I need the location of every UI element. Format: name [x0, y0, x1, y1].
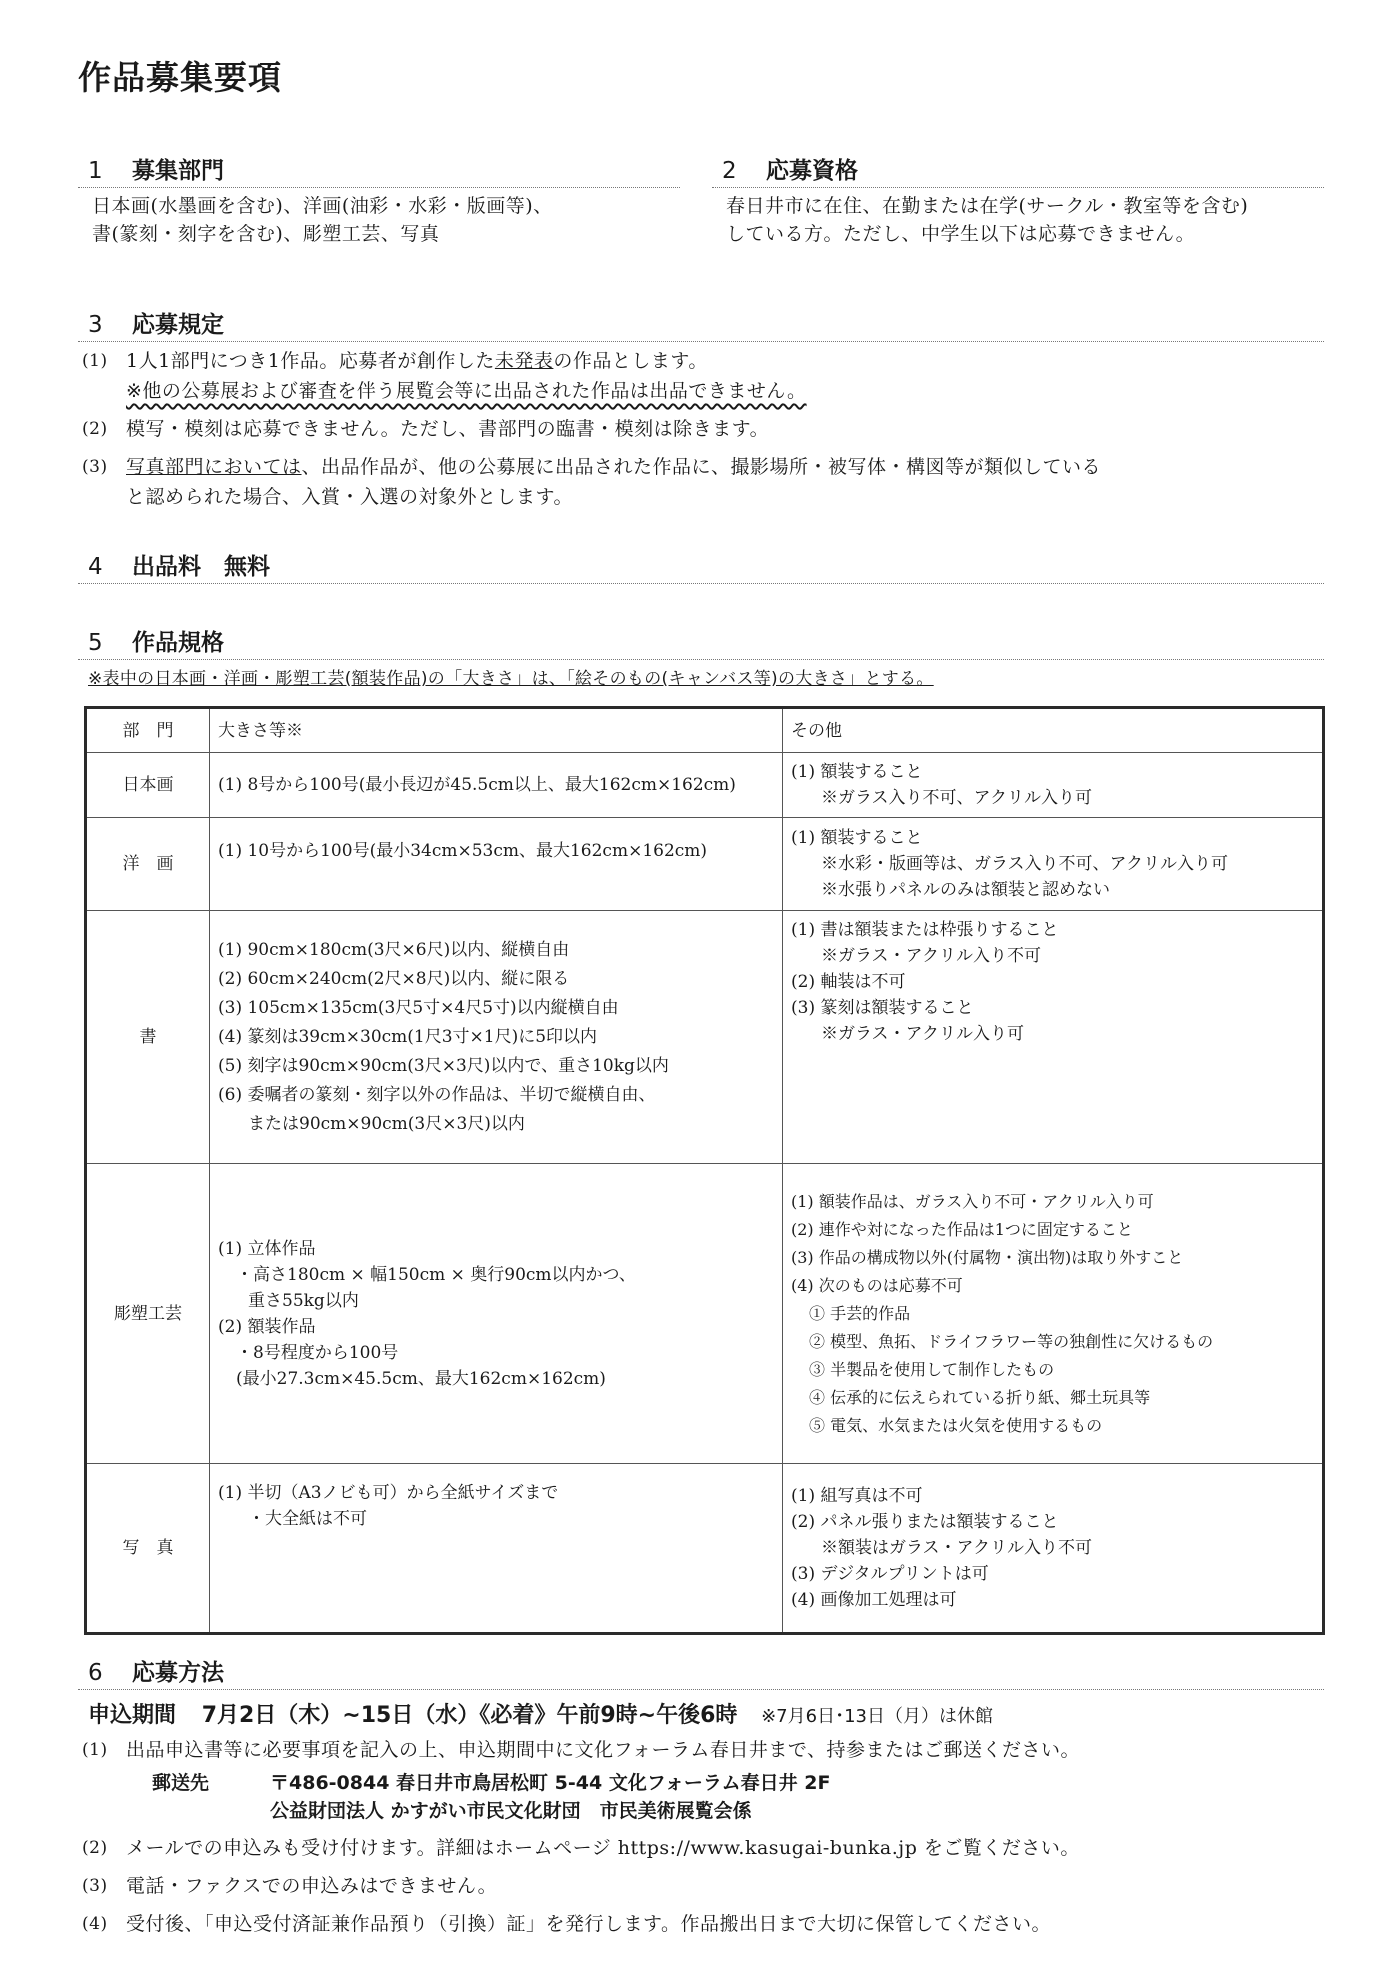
section-recruitment-categories: 1募集部門 日本画(水墨画を含む)、洋画(油彩・水彩・版画等)、 書(篆刻・刻字… [78, 152, 680, 248]
table-row-calligraphy: 書 (1) 90cm×180cm(3尺×6尺)以内、縦横自由 (2) 60cm×… [86, 911, 1324, 1164]
specification-table: 部 門 大きさ等※ その他 日本画 (1) 8号から100号(最小長辺が45.5… [84, 706, 1325, 1635]
section-heading: 6応募方法 [78, 1654, 1324, 1690]
section-heading: 2応募資格 [712, 152, 1324, 188]
header-other: その他 [783, 708, 1324, 753]
rule-item-3: (3) 写真部門においては、出品作品が、他の公募展に出品された作品に、撮影場所・… [82, 452, 1324, 512]
table-row-photography: 写 真 (1) 半切（A3ノビも可）から全紙サイズまで ・大全紙は不可 (1) … [86, 1464, 1324, 1634]
section-work-specifications: 5作品規格 ※表中の日本画・洋画・彫塑工芸(額装作品)の「大きさ」は、「絵そのも… [78, 624, 1324, 689]
table-header-row: 部 門 大きさ等※ その他 [86, 708, 1324, 753]
section-heading: 5作品規格 [78, 624, 1324, 660]
document-title: 作品募集要項 [78, 52, 282, 99]
section-entry-fee: 4出品料 無料 [78, 548, 1324, 584]
application-period: 申込期間 7月2日（木）~15日（水）《必着》午前9時~午後6時 ※7月6日･1… [78, 1698, 1324, 1729]
table-row-nihonga: 日本画 (1) 8号から100号(最小長辺が45.5cm以上、最大162cm×1… [86, 753, 1324, 818]
method-item-2: (2) メールでの申込みも受け付けます。詳細はホームページ https://ww… [78, 1833, 1324, 1863]
section-eligibility: 2応募資格 春日井市に在住、在勤または在学(サークル・教室等を含む) している方… [712, 152, 1324, 248]
section-application-rules: 3応募規定 (1) 1人1部門につき1作品。応募者が創作した未発表の作品とします… [78, 306, 1324, 512]
section-body: 春日井市に在住、在勤または在学(サークル・教室等を含む) している方。ただし、中… [712, 192, 1324, 248]
section-heading: 3応募規定 [78, 306, 1324, 342]
header-category: 部 門 [86, 708, 210, 753]
method-item-4: (4) 受付後、「申込受付済証兼作品預り（引換）証」を発行します。作品搬出日まで… [78, 1909, 1324, 1939]
method-item-1: (1) 出品申込書等に必要事項を記入の上、申込期間中に文化フォーラム春日井まで、… [78, 1735, 1324, 1765]
section-heading: 1募集部門 [78, 152, 680, 188]
method-item-3: (3) 電話・ファクスでの申込みはできません。 [78, 1871, 1324, 1901]
website-link[interactable]: https://www.kasugai-bunka.jp [618, 1837, 918, 1859]
size-note: ※表中の日本画・洋画・彫塑工芸(額装作品)の「大きさ」は、「絵そのもの(キャンバ… [78, 664, 1324, 689]
mailing-address: 郵送先〒486-0844 春日井市鳥居松町 5-44 文化フォーラム春日井 2F… [78, 1769, 1324, 1825]
section-heading: 4出品料 無料 [78, 548, 1324, 584]
rule-item-2: (2) 模写・模刻は応募できません。ただし、書部門の臨書・模刻は除きます。 [82, 414, 1324, 444]
section-body: 日本画(水墨画を含む)、洋画(油彩・水彩・版画等)、 書(篆刻・刻字を含む)、彫… [78, 192, 680, 248]
section-application-method: 6応募方法 申込期間 7月2日（木）~15日（水）《必着》午前9時~午後6時 ※… [78, 1654, 1324, 1939]
rule-item-1: (1) 1人1部門につき1作品。応募者が創作した未発表の作品とします。 ※他の公… [82, 346, 1324, 406]
warning-note: ※他の公募展および審査を伴う展覧会等に出品された作品は出品できません。 [126, 376, 807, 406]
header-size: 大きさ等※ [210, 708, 783, 753]
table-row-sculpture-craft: 彫塑工芸 (1) 立体作品 ・高さ180cm × 幅150cm × 奥行90cm… [86, 1164, 1324, 1464]
table-row-yoga: 洋 画 (1) 10号から100号(最小34cm×53cm、最大162cm×16… [86, 818, 1324, 911]
